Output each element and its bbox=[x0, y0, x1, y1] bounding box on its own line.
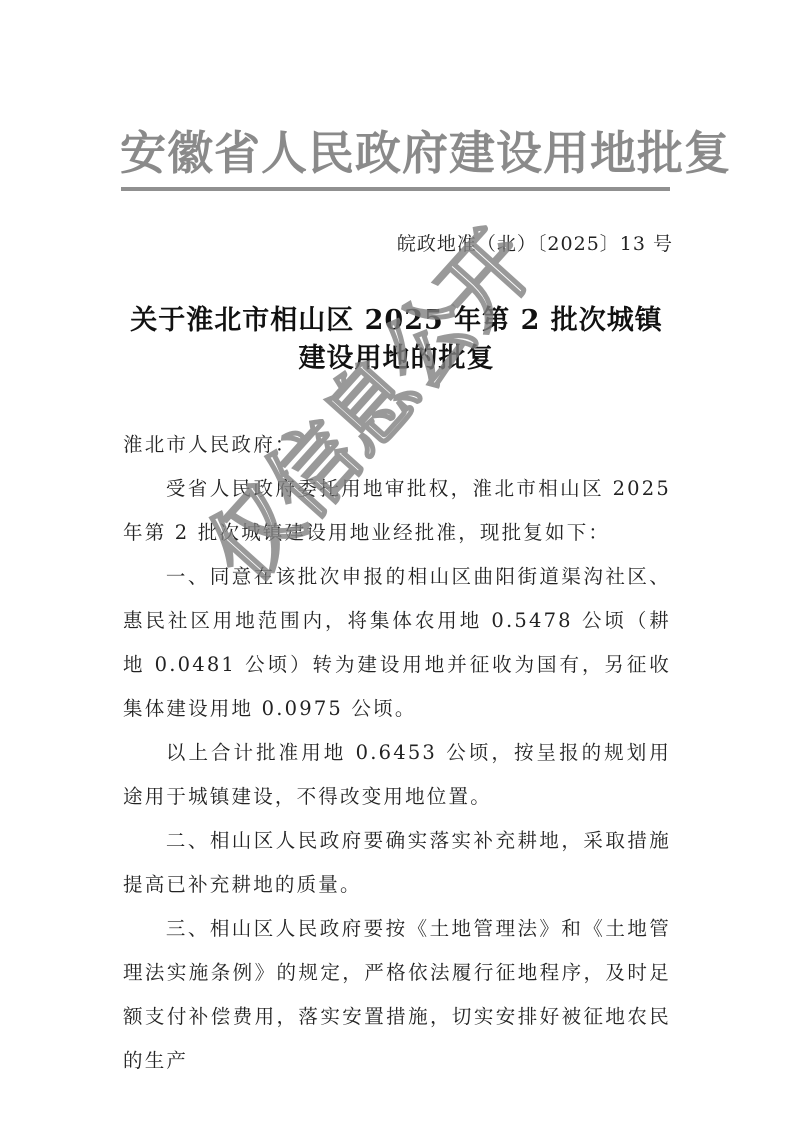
masthead-divider bbox=[121, 187, 670, 191]
addressee: 淮北市人民政府： bbox=[123, 423, 671, 467]
document-body: 淮北市人民政府： 受省人民政府委托用地审批权，淮北市相山区 2025 年第 2 … bbox=[123, 423, 671, 1083]
paragraph-total: 以上合计批准用地 0.6453 公顷，按呈报的规划用途用于城镇建设，不得改变用地… bbox=[123, 731, 671, 819]
paragraph-intro: 受省人民政府委托用地审批权，淮北市相山区 2025 年第 2 批次城镇建设用地业… bbox=[123, 467, 671, 555]
document-number: 皖政地准（北）〔2025〕13 号 bbox=[397, 229, 673, 256]
document-title-line-2: 建设用地的批复 bbox=[100, 340, 693, 378]
paragraph-item-3: 三、相山区人民政府要按《土地管理法》和《土地管理法实施条例》的规定，严格依法履行… bbox=[123, 907, 671, 1083]
document-page: 安徽省人民政府建设用地批复 皖政地准（北）〔2025〕13 号 关于淮北市相山区… bbox=[0, 0, 793, 1122]
masthead-title: 安徽省人民政府建设用地批复 bbox=[120, 125, 673, 181]
paragraph-item-2: 二、相山区人民政府要确实落实补充耕地，采取措施提高已补充耕地的质量。 bbox=[123, 819, 671, 907]
document-title: 关于淮北市相山区 2025 年第 2 批次城镇 建设用地的批复 bbox=[100, 302, 693, 378]
document-title-line-1: 关于淮北市相山区 2025 年第 2 批次城镇 bbox=[100, 302, 693, 340]
paragraph-item-1: 一、同意在该批次申报的相山区曲阳街道渠沟社区、惠民社区用地范围内，将集体农用地 … bbox=[123, 555, 671, 731]
